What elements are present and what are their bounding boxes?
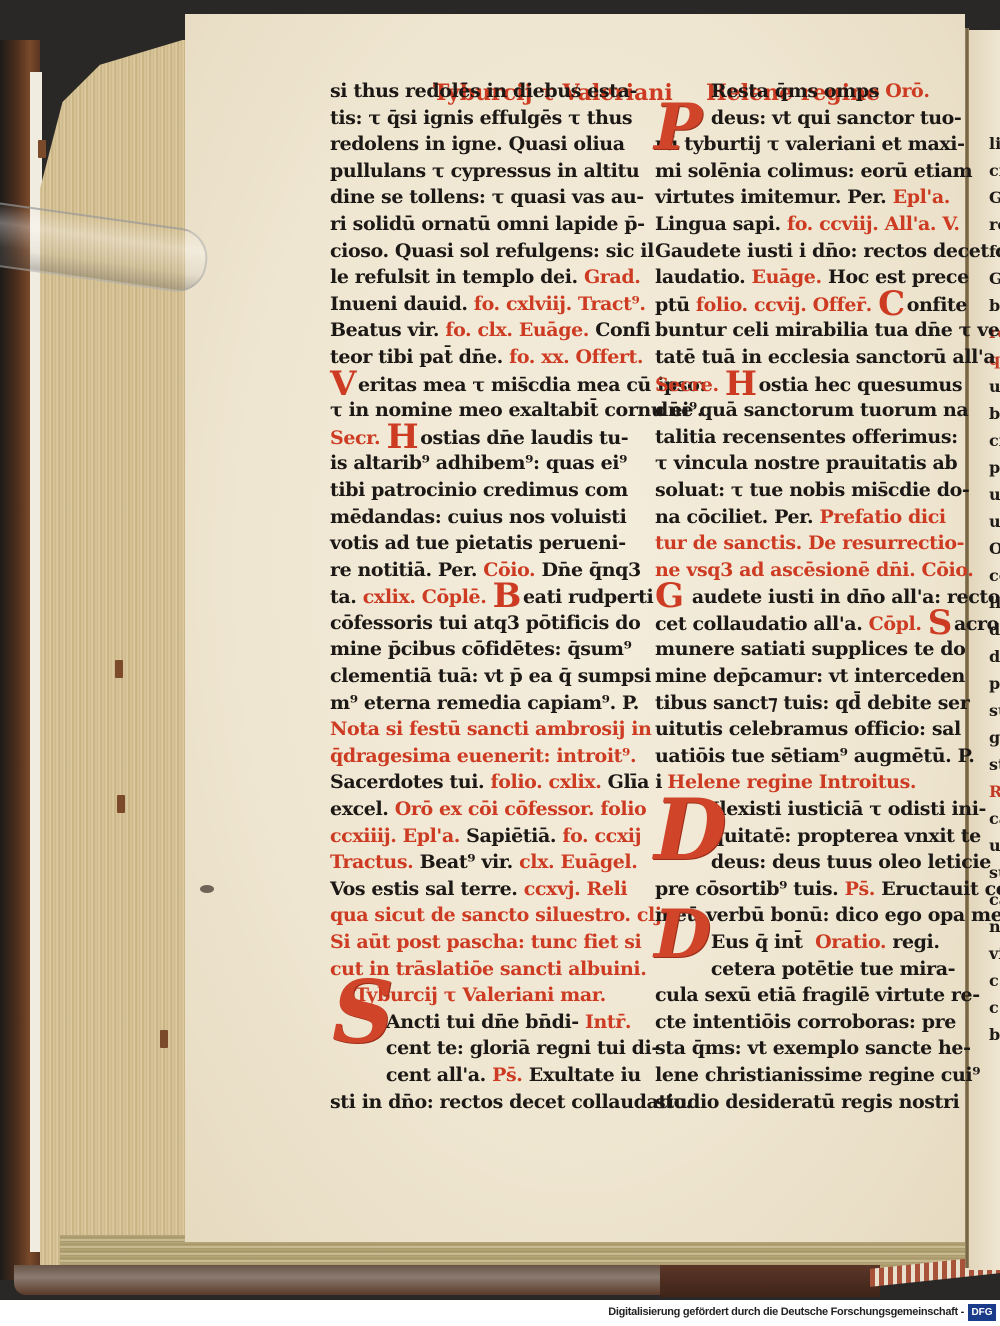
- body-text: redolens in igne. Quasi oliua: [330, 133, 625, 155]
- body-text: Eructauit cor: [881, 878, 1000, 900]
- rubric-text: cxlix. Cōplē.: [363, 586, 493, 608]
- body-text: mi solēnia colimus: eorū etiam: [655, 160, 972, 182]
- body-text: audete iusti in dn̄o all'a: rectos de: [686, 586, 1000, 608]
- text-line: redolens in igne. Quasi oliua: [330, 131, 655, 158]
- facing-page-text-fragment: su: [989, 697, 1000, 724]
- text-line: cte intentiōis corroboras: pre: [655, 1009, 955, 1036]
- body-text: studio desideratū regis nostri: [655, 1091, 959, 1113]
- body-text: τ vincula nostre prauitatis ab: [655, 452, 957, 474]
- rubric-text: fo. cxlviij. Tract⁹.: [474, 293, 646, 315]
- body-text: Exultate iu: [529, 1064, 641, 1086]
- text-line: tibi patrocinio credimus com: [330, 477, 655, 504]
- text-line: uatiōis tue sētiam⁹ augmētū. P.: [655, 743, 955, 770]
- facing-page-text-fragment: R: [989, 778, 1000, 805]
- rubric-text: fo. ccviij. All'a. V.: [787, 213, 960, 235]
- rubric-text: fo. clx. Euāge.: [445, 319, 595, 341]
- text-line: teor tibi pat̄ dn̄e. fo. xx. Offert.: [330, 344, 655, 371]
- funding-credit: Digitalisierung gefördert durch die Deut…: [608, 1306, 964, 1318]
- text-line: excel. Orō ex cōi cōfessor. folio: [330, 796, 655, 823]
- body-text: is altarib⁹ adhibem⁹: quas ei⁹: [330, 452, 627, 474]
- text-line: ne vsq3 ad ascēsionē dn̄i. Cōio.: [655, 557, 955, 584]
- text-line: studio desideratū regis nostri: [655, 1089, 955, 1116]
- text-line: Sacerdotes tui. folio. cxlix. Glīa i: [330, 769, 655, 796]
- body-text: Inueni dauid.: [330, 293, 474, 315]
- body-text: sti in dn̄o: rectos decet collaudatio.: [330, 1091, 692, 1113]
- text-line: Secre. Hostia hec quesumus: [655, 371, 955, 398]
- facing-page-text-fragment: G: [989, 265, 1000, 292]
- text-line: ta. cxlix. Cōplē. Beati rudperti: [330, 583, 655, 610]
- facing-page-text-fragment: b: [989, 1021, 1000, 1048]
- text-line: τ vincula nostre prauitatis ab: [655, 450, 955, 477]
- text-line: tibus sanct⁊ tuis: qd̄ debite ser: [655, 690, 955, 717]
- text-line: mine dep̄camur: vt interceden: [655, 663, 955, 690]
- body-text: eati rudperti: [523, 586, 653, 608]
- text-line: le refulsit in templo dei. Grad.: [330, 264, 655, 291]
- body-text: Lingua sapi.: [655, 213, 787, 235]
- rubric-text: Epl'a.: [893, 186, 950, 208]
- rubric-text: ccxvj. Reli: [524, 878, 628, 900]
- body-text: tis: τ q̄si ignis effulgēs τ thus: [330, 107, 632, 129]
- body-text: ta.: [330, 586, 363, 608]
- text-line: cent all'a. Ps̄. Exultate iu: [330, 1062, 655, 1089]
- body-text: m⁹ eterna remedia capiam⁹. P.: [330, 692, 639, 714]
- tab-marker: [115, 660, 123, 678]
- text-line: na cōciliet. Per. Prefatio dici: [655, 504, 955, 531]
- rubric-text: Orō.: [885, 80, 929, 102]
- body-text: votis ad tue pietatis perueni-: [330, 532, 626, 554]
- rubric-text: Tractus.: [330, 851, 420, 873]
- rubric-text: Secr.: [330, 427, 386, 449]
- body-text: re notitiā. Per.: [330, 559, 483, 581]
- text-line: Vos estis sal terre. ccxvj. Reli: [330, 876, 655, 903]
- facing-page-text-fragment: ca: [989, 805, 1000, 832]
- body-text: virtutes imitemur. Per.: [655, 186, 893, 208]
- rubric-text: fo. ccxij: [562, 825, 641, 847]
- text-line: Inueni dauid. fo. cxlviij. Tract⁹.: [330, 291, 655, 318]
- rubric-text: folio. cxlix.: [490, 771, 607, 793]
- text-line: cioso. Quasi sol refulgens: sic il: [330, 238, 655, 265]
- facing-page-text-fragment: c: [989, 994, 1000, 1021]
- tab-marker: [38, 140, 46, 158]
- facing-page-text-fragment: c: [989, 967, 1000, 994]
- rubric-text: Euāge.: [752, 266, 828, 288]
- facing-page-text-fragment: co: [989, 562, 1000, 589]
- body-text: Sacerdotes tui.: [330, 771, 490, 793]
- body-text: cte intentiōis corroboras: pre: [655, 1011, 956, 1033]
- body-text: pullulans τ cypressus in altitu: [330, 160, 639, 182]
- text-line: buntur celi mirabilia tua dn̄e τ veri-: [655, 317, 955, 344]
- text-line: ri solidū ornatū omni lapide p̄-: [330, 211, 655, 238]
- text-line: G audete iusti in dn̄o all'a: rectos de: [655, 583, 955, 610]
- rubric-text: Grad.: [584, 266, 640, 288]
- body-text: lene christianissime regine cui⁹: [655, 1064, 980, 1086]
- body-text: buntur celi mirabilia tua dn̄e τ veri-: [655, 319, 1000, 341]
- text-line: talitia recensentes offerimus:: [655, 424, 955, 451]
- text-line: q̄dragesima euenerit: introit⁹.: [330, 743, 655, 770]
- text-line: cet collaudatio all'a. Cōpl. Sacro: [655, 610, 955, 637]
- text-line: ptū folio. ccvij. Offer̄. Confite: [655, 291, 955, 318]
- rubric-text: Oratio.: [815, 931, 892, 953]
- rubric-text: Nota si festū sancti ambrosij in: [330, 718, 651, 740]
- body-text: Vos estis sal terre.: [330, 878, 524, 900]
- facing-page-text-fragment: G: [989, 184, 1000, 211]
- text-line: lene christianissime regine cui⁹: [655, 1062, 955, 1089]
- text-line: uitutis celebramus officio: sal: [655, 716, 955, 743]
- body-text: talitia recensentes offerimus:: [655, 426, 958, 448]
- text-line: τ in nomine meo exaltabit̄ cornu ei⁹.: [330, 397, 655, 424]
- body-text: Confi: [595, 319, 650, 341]
- body-text: tibus sanct⁊ tuis: qd̄ debite ser: [655, 692, 969, 714]
- drop-initial-d-oratio: D: [654, 895, 711, 973]
- body-text: le refulsit in templo dei.: [330, 266, 584, 288]
- text-line: clementiā tuā: vt p̄ ea q̄ sumpsi: [330, 663, 655, 690]
- facing-page-text-fragment: ci: [989, 157, 1000, 184]
- facing-page-text-fragment: ul: [989, 508, 1000, 535]
- text-line: Si aūt post pascha: tunc fiet si: [330, 929, 655, 956]
- footer: Digitalisierung gefördert durch die Deut…: [0, 1300, 1000, 1326]
- text-line: Beatus vir. fo. clx. Euāge. Confi: [330, 317, 655, 344]
- drop-initial-p: P: [654, 90, 702, 165]
- body-text: tatē tuā in ecclesia sanctorū all'a all'…: [655, 346, 1000, 368]
- rubric-text: Si aūt post pascha: tunc fiet si: [330, 931, 641, 953]
- body-text: uatiōis tue sētiam⁹ augmētū. P.: [655, 745, 975, 767]
- facing-page-text-fragment: ci: [989, 427, 1000, 454]
- text-line: soluat: τ tue nobis mis̄cdie do-: [655, 477, 955, 504]
- body-text: cent all'a.: [330, 1064, 492, 1086]
- facing-page-text-fragment: st: [989, 751, 1000, 778]
- body-text: onfite: [907, 294, 967, 316]
- text-line: munere satiati supplices te do: [655, 636, 955, 663]
- body-text: Dn̄e q̄nq3: [541, 559, 640, 581]
- text-line: is altarib⁹ adhibem⁹: quas ei⁹: [330, 450, 655, 477]
- text-line: mine p̄cibus cōfidētes: q̄sum⁹: [330, 636, 655, 663]
- facing-page-text-fragment: p: [989, 454, 1000, 481]
- body-text: mine dep̄camur: vt interceden: [655, 665, 965, 687]
- rubric-text: Orō ex cōi cōfessor. folio: [395, 798, 647, 820]
- body-text: cula sexū etiā fragilē virtute re-: [655, 984, 980, 1006]
- body-text: clementiā tuā: vt p̄ ea q̄ sumpsi: [330, 665, 651, 687]
- text-line: laudatio. Euāge. Hoc est prece: [655, 264, 955, 291]
- rubric-text: Secre.: [655, 374, 725, 396]
- text-line: dine se tollens: τ quasi vas au-: [330, 184, 655, 211]
- body-text: dine se tollens: τ quasi vas au-: [330, 186, 644, 208]
- text-line: pullulans τ cypressus in altitu: [330, 158, 655, 185]
- body-text: excel.: [330, 798, 395, 820]
- body-text: tibi patrocinio credimus com: [330, 479, 628, 501]
- rubric-text: clx. Euāgel.: [519, 851, 637, 873]
- text-column-left: si thus redolēs in diebus esta-tis: τ q̄…: [330, 78, 655, 1115]
- text-line: virtutes imitemur. Per. Epl'a.: [655, 184, 955, 211]
- drop-initial-s: S: [332, 962, 394, 1063]
- tab-marker: [117, 795, 125, 813]
- body-text: laudatio.: [655, 266, 752, 288]
- rubric-text: Ps̄.: [845, 878, 882, 900]
- rubric-text: tur de sanctis. De resurrectio-: [655, 532, 964, 554]
- facing-page-text-fragment: gi: [989, 724, 1000, 751]
- book-cover-bottom: [14, 1265, 674, 1295]
- drop-initial-d-introit: D: [654, 780, 727, 879]
- facing-page-text-fragment: re: [989, 211, 1000, 238]
- body-text: cioso. Quasi sol refulgens: sic il: [330, 240, 654, 262]
- text-line: dn̄e quā sanctorum tuorum na: [655, 397, 955, 424]
- body-text: mēdandas: cuius nos voluisti: [330, 506, 627, 528]
- tab-marker: [160, 1030, 168, 1048]
- text-line: Secr. Hostias dn̄e laudis tu-: [330, 424, 655, 451]
- body-text: sta q̄ms: vt exemplo sancte he-: [655, 1037, 971, 1059]
- dfg-logo: DFG: [968, 1304, 996, 1321]
- facing-page-text-fragment: ul: [989, 481, 1000, 508]
- rubric-text: q̄dragesima euenerit: introit⁹.: [330, 745, 636, 767]
- body-text: Sapiētiā.: [466, 825, 562, 847]
- body-text: soluat: τ tue nobis mis̄cdie do-: [655, 479, 969, 501]
- text-line: qua sicut de sancto siluestro. clj: [330, 902, 655, 929]
- book-scan: ligciGrefoGbarequubcipululOcolidedapisug…: [0, 0, 1000, 1300]
- text-line: votis ad tue pietatis perueni-: [330, 530, 655, 557]
- text-line: m⁹ eterna remedia capiam⁹. P.: [330, 690, 655, 717]
- text-line: tis: τ q̄si ignis effulgēs τ thus: [330, 105, 655, 132]
- text-line: cōfessoris tui atq3 pōtificis do: [330, 610, 655, 637]
- body-text: acro: [954, 613, 999, 635]
- body-text: ri solidū ornatū omni lapide p̄-: [330, 213, 645, 235]
- body-text: cōfessoris tui atq3 pōtificis do: [330, 612, 640, 634]
- rubric-text: ccxiiij. Epl'a.: [330, 825, 466, 847]
- rubric-text: Intr̄.: [585, 1011, 631, 1033]
- facing-page-text-fragment: pi: [989, 670, 1000, 697]
- body-text: Beatus vir.: [330, 319, 445, 341]
- text-line: Veritas mea τ mis̄cdia mea cū ipso:: [330, 371, 655, 398]
- text-line: sta q̄ms: vt exemplo sancte he-: [655, 1035, 955, 1062]
- body-text: regi.: [892, 931, 939, 953]
- body-text: teor tibi pat̄ dn̄e.: [330, 346, 509, 368]
- rubric-text: Ps̄.: [492, 1064, 529, 1086]
- body-text: uitutis celebramus officio: sal: [655, 718, 961, 740]
- body-text: na cōciliet. Per.: [655, 506, 819, 528]
- body-text: cet collaudatio all'a.: [655, 613, 869, 635]
- text-line: Tractus. Beat⁹ vir. clx. Euāgel.: [330, 849, 655, 876]
- text-line: cula sexū etiā fragilē virtute re-: [655, 982, 955, 1009]
- facing-page-text-fragment: ba: [989, 292, 1000, 319]
- body-text: Beat⁹ vir.: [420, 851, 520, 873]
- body-text: si thus redolēs in diebus esta-: [330, 80, 637, 102]
- rubric-text: folio. ccvij. Offer̄.: [696, 294, 878, 316]
- facing-page-text-fragment: da: [989, 643, 1000, 670]
- body-text: ostias dn̄e laudis tu-: [420, 427, 628, 449]
- text-line: ccxiiij. Epl'a. Sapiētiā. fo. ccxij: [330, 823, 655, 850]
- text-line: tur de sanctis. De resurrectio-: [655, 530, 955, 557]
- facing-page-text-fragment: lig: [989, 130, 1000, 157]
- text-line: Nota si festū sancti ambrosij in: [330, 716, 655, 743]
- body-text: mine p̄cibus cōfidētes: q̄sum⁹: [330, 638, 632, 660]
- rubric-text: Prefatio dici: [819, 506, 945, 528]
- text-line: mēdandas: cuius nos voluisti: [330, 504, 655, 531]
- facing-page-text-fragment: b: [989, 400, 1000, 427]
- rubric-text: Cōpl.: [869, 613, 928, 635]
- body-text: dn̄e quā sanctorum tuorum na: [655, 399, 968, 421]
- body-text: munere satiati supplices te do: [655, 638, 965, 660]
- body-text: Gaudete iusti i dn̄o: rectos decet col: [655, 240, 1000, 262]
- rubric-text: ne vsq3 ad ascēsionē dn̄i. Cōio.: [655, 559, 973, 581]
- body-text: ptū: [655, 294, 696, 316]
- book-cover-spine: [660, 1265, 880, 1297]
- text-line: Lingua sapi. fo. ccviij. All'a. V.: [655, 211, 955, 238]
- text-line: tatē tuā in ecclesia sanctorū all'a all'…: [655, 344, 955, 371]
- rubric-text: qua sicut de sancto siluestro. clj: [330, 904, 661, 926]
- body-text: ostia hec quesumus: [759, 374, 963, 396]
- body-text: eritas mea τ mis̄cdia mea cū ipso:: [358, 374, 706, 396]
- text-line: si thus redolēs in diebus esta-: [330, 78, 655, 105]
- text-line: Gaudete iusti i dn̄o: rectos decet col: [655, 238, 955, 265]
- facing-page-text-fragment: O: [989, 535, 1000, 562]
- rubric-text: fo. xx. Offert.: [509, 346, 643, 368]
- facing-page-text-fragment: u: [989, 373, 1000, 400]
- facing-page-text-fragment: vi: [989, 940, 1000, 967]
- ink-stain: [200, 885, 214, 893]
- text-line: sti in dn̄o: rectos decet collaudatio.: [330, 1089, 655, 1116]
